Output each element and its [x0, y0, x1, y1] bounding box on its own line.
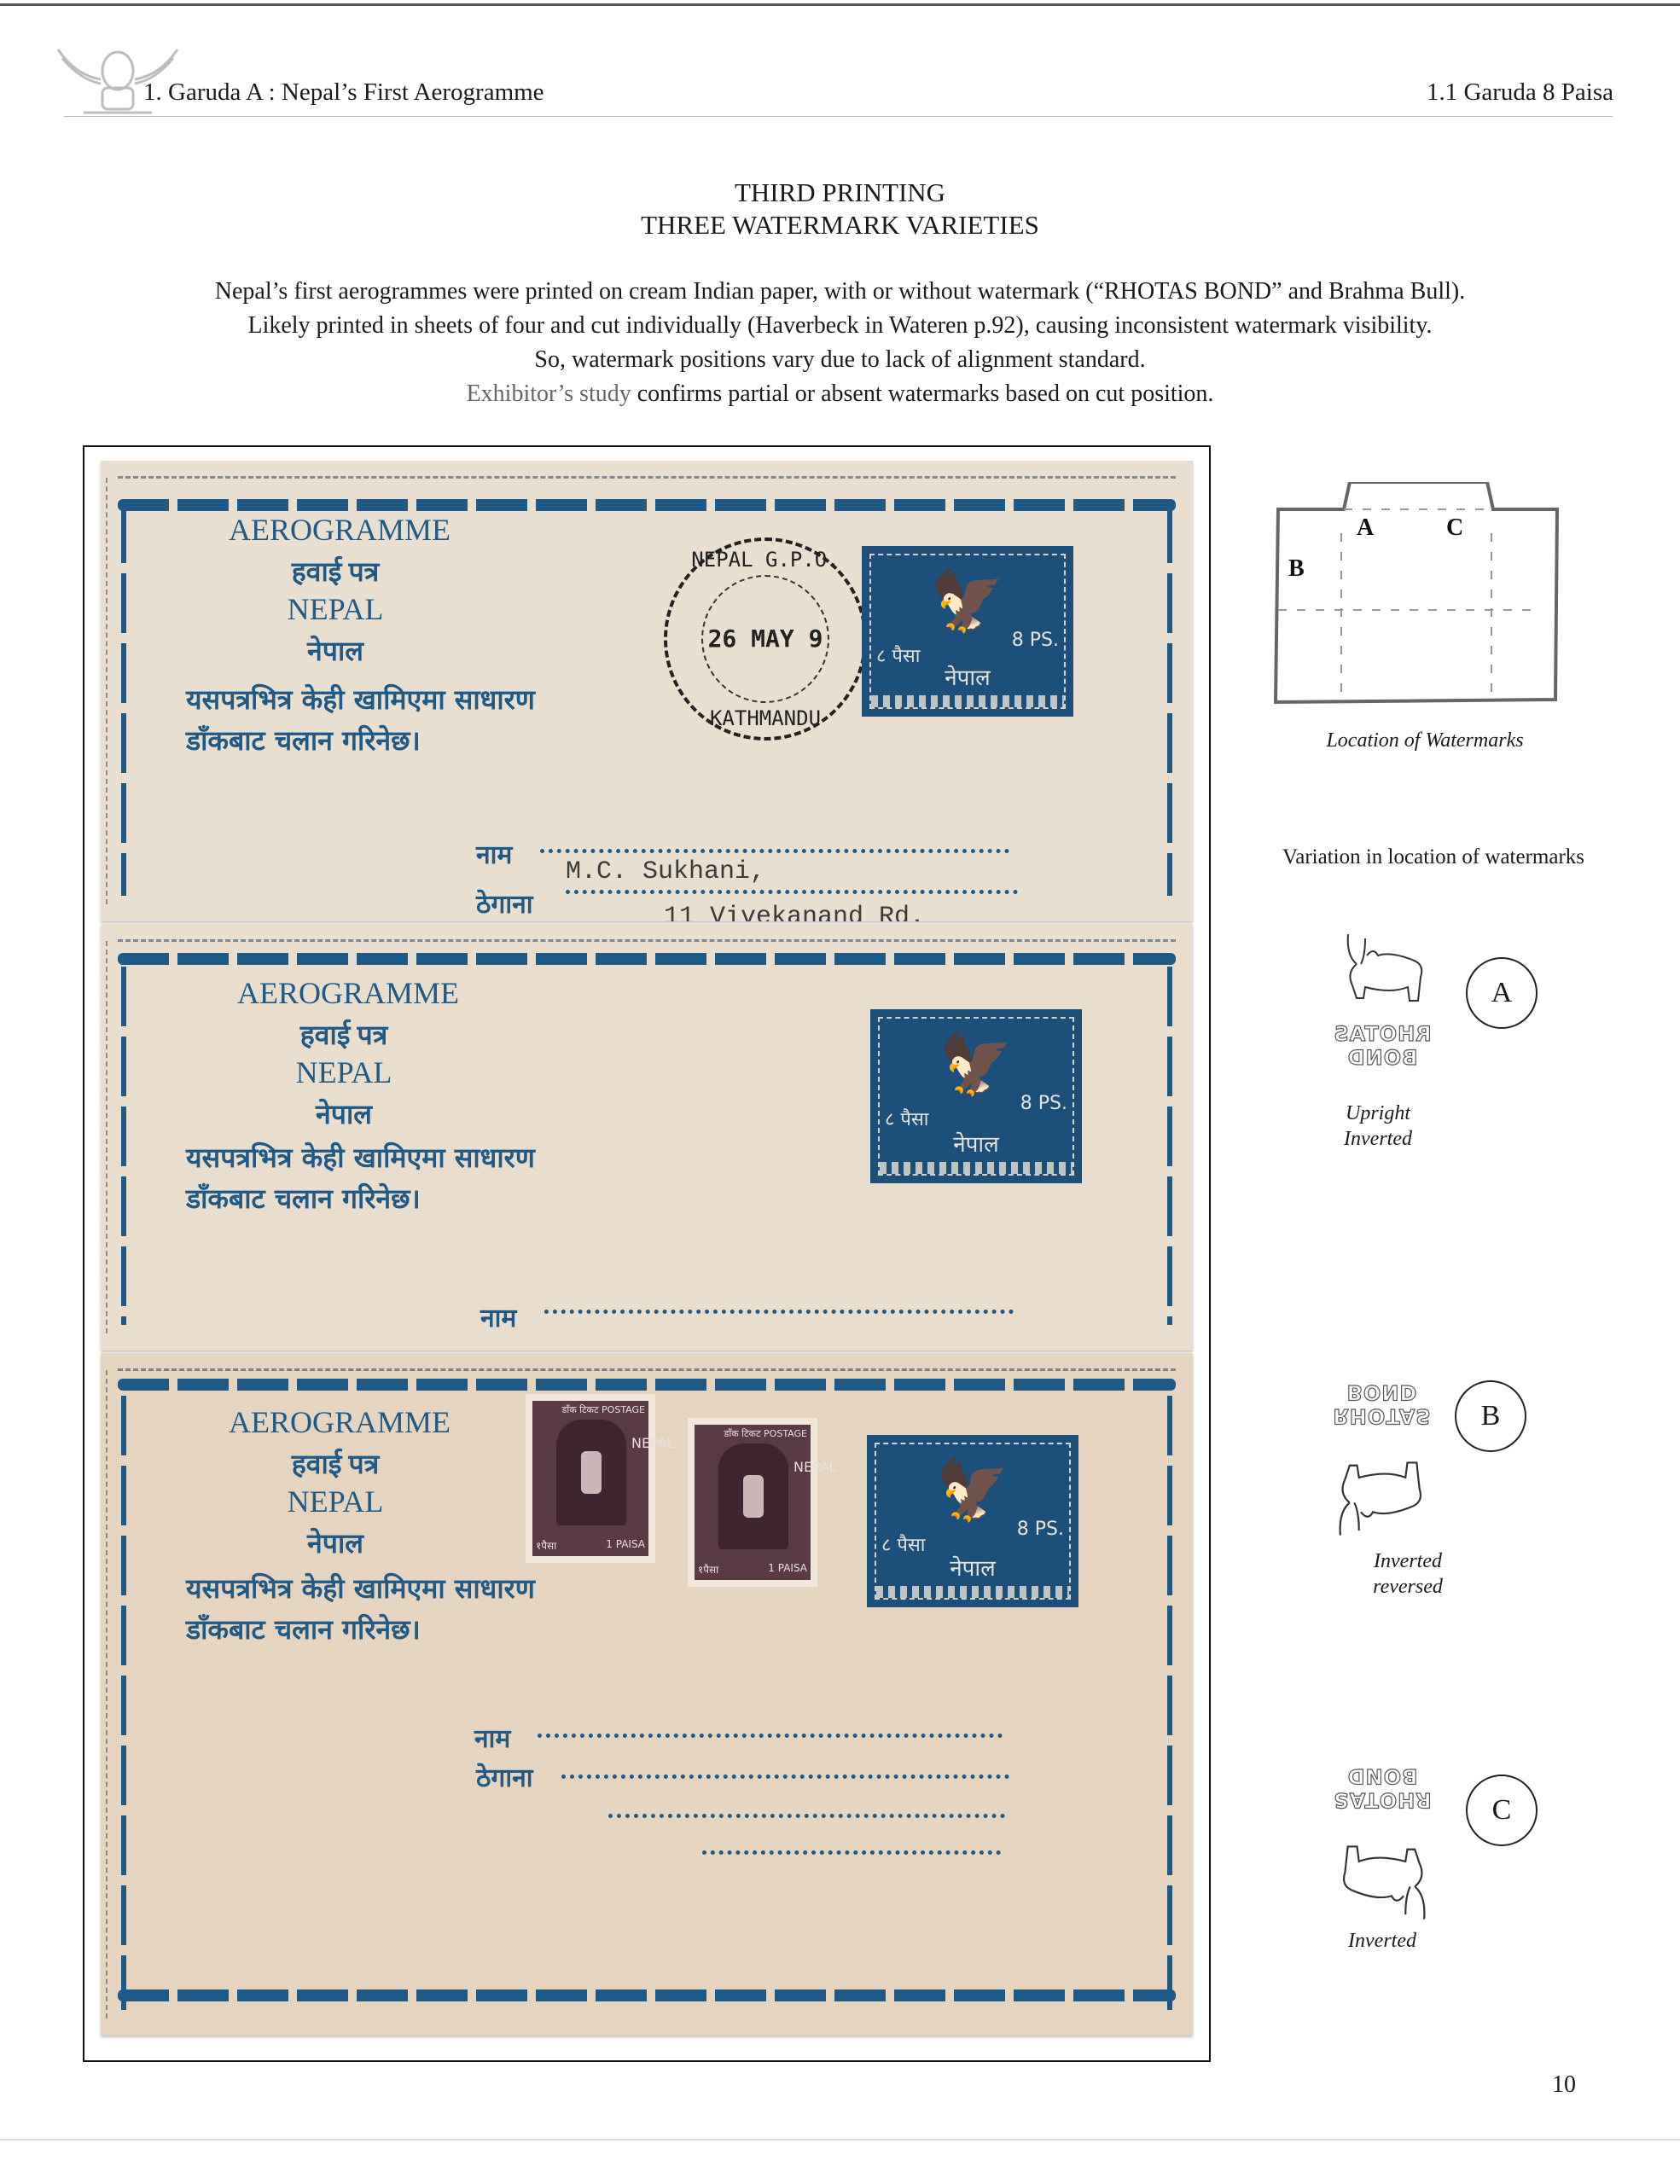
adhesive-postage-label: डाँक टिकट POSTAGE: [536, 1403, 645, 1416]
postmark-city: KATHMANDU: [667, 706, 863, 730]
stamp-country: नेपाल: [873, 1128, 1079, 1159]
aerogramme-heading-block: AEROGRAMME हवाई पत्र NEPAL नेपाल: [237, 975, 451, 1132]
variety-caption-line-1: Upright: [1314, 1101, 1442, 1126]
ornamental-border-left: [121, 967, 126, 1325]
watermark-text-line-1: RHOTAS: [1327, 1022, 1438, 1046]
adhesive-stamp-2: डाँक टिकट POSTAGE NEPAL १पैसा1 PAISA: [688, 1418, 817, 1587]
adhesive-postage-label: डाँक टिकट POSTAGE: [698, 1427, 807, 1440]
ornamental-border-right: [1167, 967, 1172, 1325]
adhesive-value: १पैसा1 PAISA: [536, 1538, 645, 1553]
stamp-country: नेपाल: [869, 1552, 1076, 1583]
deity-figure-icon: [556, 1420, 626, 1525]
aerogramme-heading-en: AEROGRAMME: [237, 975, 451, 1011]
ornamental-border-left: [121, 1396, 126, 2010]
adhesive-value-en: 1 PAISA: [768, 1562, 807, 1577]
country-en: NEPAL: [229, 591, 442, 627]
name-label: नाम: [476, 836, 512, 871]
instruction-line-2: डाँकबाट चलान गरिनेछ।: [186, 722, 421, 758]
variety-caption: Inverted: [1318, 1928, 1446, 1954]
subsection-title: 1.1 Garuda 8 Paisa: [1427, 78, 1613, 107]
name-dotted-line: [544, 1310, 1014, 1314]
mountains-pattern: [876, 1586, 1069, 1598]
variety-caption: Inverted reversed: [1344, 1548, 1472, 1600]
address-dotted-line-1: [561, 1774, 1009, 1779]
garuda-icon: 🦅: [930, 571, 1004, 630]
bottom-rule: [0, 2139, 1680, 2140]
aerogramme-heading-hi: हवाई पत्र: [237, 1016, 451, 1053]
address-dotted-line-2: [608, 1814, 1005, 1818]
variety-c: RHOTAS BOND C Inverted: [1280, 1757, 1587, 1971]
description-line-4-text: confirms partial or absent watermarks ba…: [631, 380, 1214, 407]
variety-marker-b: B: [1455, 1380, 1526, 1452]
diagram-caption: Location of Watermarks: [1246, 729, 1604, 752]
adhesive-value: १पैसा1 PAISA: [698, 1562, 807, 1577]
fold-line-side: [106, 1370, 108, 2018]
address-dotted-line: [566, 890, 1018, 894]
variety-marker-c: C: [1466, 1774, 1538, 1846]
mountains-pattern: [880, 1162, 1073, 1174]
imprinted-stamp: 🦅 ८ पैसा 8 PS. नेपाल: [867, 1435, 1078, 1607]
watermark-text: BOND RHOTAS: [1327, 1380, 1438, 1428]
page-title: THIRD PRINTING: [0, 177, 1680, 208]
diagram-label-b: B: [1288, 555, 1305, 582]
postmark-date: 26 MAY 9: [667, 624, 863, 653]
watermark-location-diagram: A C B: [1271, 482, 1566, 712]
address-dotted-line-3: [702, 1850, 1001, 1855]
aerogramme-heading-block: AEROGRAMME हवाई पत्र NEPAL नेपाल: [229, 512, 442, 669]
header-rule: [64, 116, 1613, 117]
adhesive-country: NEPAL: [631, 1435, 643, 1452]
diagram-label-a: A: [1357, 514, 1375, 541]
bull-watermark-inverted-icon: [1331, 1442, 1433, 1536]
country-hi: नेपाल: [229, 632, 442, 669]
instruction-line-1: यसपत्रभित्र केही खामिएमा साधारण: [186, 1570, 535, 1606]
variety-caption-line-1: Inverted: [1318, 1928, 1446, 1954]
instruction-line-1: यसपत्रभित्र केही खामिएमा साधारण: [186, 681, 535, 717]
variety-a: RHOTAS BOND A Upright Inverted: [1280, 930, 1587, 1177]
ornamental-border-left: [121, 503, 126, 896]
address-label: ठेगाना: [476, 1759, 533, 1794]
stamp-value-en: 8 PS.: [1020, 1094, 1067, 1114]
garuda-icon: 🦅: [939, 1034, 1013, 1094]
watermark-text: RHOTAS BOND: [1327, 1764, 1438, 1812]
typed-recipient-address: 11 Vivekanand Rd.: [664, 903, 925, 921]
stamp-country: नेपाल: [864, 661, 1071, 692]
adhesive-value-hi: १पैसा: [698, 1562, 718, 1577]
ornamental-border-right: [1167, 503, 1172, 896]
aerogramme-heading-hi: हवाई पत्र: [229, 553, 442, 590]
instruction-line-2: डाँकबाट चलान गरिनेछ।: [186, 1611, 421, 1647]
aerogramme-heading-block: AEROGRAMME हवाई पत्र NEPAL नेपाल: [229, 1404, 442, 1561]
name-dotted-line: [538, 1734, 1003, 1738]
garuda-icon: 🦅: [935, 1460, 1009, 1519]
description-line-3: So, watermark positions vary due to lack…: [0, 343, 1680, 377]
aerogramme-3: AEROGRAMME हवाई पत्र NEPAL नेपाल यसपत्रभ…: [101, 1353, 1193, 2036]
fold-line-side: [106, 478, 108, 904]
ornamental-border-top: [118, 953, 1176, 965]
watermark-text-line-2: RHOTAS: [1327, 1788, 1438, 1812]
page-number: 10: [1552, 2071, 1576, 2099]
country-en: NEPAL: [237, 1054, 451, 1090]
adhesive-country: NEPAL: [793, 1459, 805, 1476]
fold-line: [118, 1368, 1176, 1371]
variety-b: BOND RHOTAS B Inverted reversed: [1280, 1374, 1587, 1621]
watermark-text-line-1: BOND: [1327, 1764, 1438, 1788]
fold-line-side: [106, 941, 108, 1333]
adhesive-value-en: 1 PAISA: [606, 1538, 645, 1553]
aerogramme-heading-en: AEROGRAMME: [229, 512, 442, 548]
watermark-text: RHOTAS BOND: [1327, 1022, 1438, 1070]
aerogramme-heading-hi: हवाई पत्र: [229, 1445, 442, 1482]
country-hi: नेपाल: [229, 1525, 442, 1561]
variety-marker-a: A: [1466, 957, 1538, 1029]
fold-line: [118, 939, 1176, 942]
adhesive-stamp-design: डाँक टिकट POSTAGE NEPAL १पैसा1 PAISA: [532, 1401, 648, 1556]
ornamental-border-right: [1167, 1396, 1172, 2010]
variety-caption-line-2: Inverted: [1314, 1126, 1442, 1152]
ornamental-border-top: [118, 499, 1176, 511]
mountains-pattern: [871, 695, 1064, 707]
aerogramme-heading-en: AEROGRAMME: [229, 1404, 442, 1440]
typed-recipient-name: M.C. Sukhani,: [566, 857, 765, 886]
variety-caption-line-2: reversed: [1344, 1574, 1472, 1600]
variety-caption-line-1: Inverted: [1344, 1548, 1472, 1574]
section-title: 1. Garuda A : Nepal’s First Aerogramme: [143, 78, 544, 107]
deity-figure-icon: [718, 1443, 788, 1549]
imprinted-stamp: 🦅 ८ पैसा 8 PS. नेपाल: [862, 546, 1073, 717]
name-dotted-line: [540, 849, 1009, 853]
name-label: नाम: [474, 1720, 510, 1755]
adhesive-stamp-design: डाँक टिकट POSTAGE NEPAL १पैसा1 PAISA: [695, 1425, 811, 1580]
postmark: NEPAL G.P.O. 26 MAY 9 KATHMANDU: [664, 537, 867, 741]
stamp-value-en: 8 PS.: [1012, 630, 1059, 651]
bull-watermark-inverted-icon: [1331, 1826, 1433, 1920]
aerogramme-1: AEROGRAMME हवाई पत्र NEPAL नेपाल यसपत्रभ…: [101, 461, 1193, 921]
name-label: नाम: [480, 1299, 516, 1334]
ornamental-border-top: [118, 1379, 1176, 1391]
imprinted-stamp: 🦅 ८ पैसा 8 PS. नेपाल: [870, 1009, 1082, 1183]
watermark-text-line-2: BOND: [1327, 1046, 1438, 1070]
page-subtitle: THREE WATERMARK VARIETIES: [0, 210, 1680, 241]
fold-line: [118, 476, 1176, 479]
ornamental-border-bottom: [118, 1989, 1176, 2001]
adhesive-value-hi: १पैसा: [536, 1538, 556, 1553]
aerogramme-2: AEROGRAMME हवाई पत्र NEPAL नेपाल यसपत्रभ…: [101, 924, 1193, 1350]
stamp-value-en: 8 PS.: [1017, 1519, 1064, 1540]
country-hi: नेपाल: [237, 1095, 451, 1132]
adhesive-stamp-1: डाँक टिकट POSTAGE NEPAL १पैसा1 PAISA: [526, 1394, 655, 1563]
variation-heading: Variation in location of watermarks: [1271, 845, 1596, 870]
variety-caption: Upright Inverted: [1314, 1101, 1442, 1152]
exhibitor-study-link: Exhibitor’s study: [467, 380, 631, 407]
diagram-label-c: C: [1446, 514, 1463, 541]
description-line-1: Nepal’s first aerogrammes were printed o…: [0, 275, 1680, 309]
description-line-2: Likely printed in sheets of four and cut…: [0, 309, 1680, 343]
description-line-4: Exhibitor’s study confirms partial or ab…: [0, 377, 1680, 411]
address-label: ठेगाना: [476, 886, 533, 921]
country-en: NEPAL: [229, 1484, 442, 1519]
bull-watermark-icon: [1335, 934, 1438, 1019]
instruction-line-1: यसपत्रभित्र केही खामिएमा साधारण: [186, 1139, 535, 1176]
watermark-text-line-1: BOND: [1327, 1380, 1438, 1404]
watermark-text-line-2: RHOTAS: [1327, 1404, 1438, 1428]
postmark-office: NEPAL G.P.O.: [667, 548, 863, 572]
top-rule: [0, 3, 1680, 6]
instruction-line-2: डाँकबाट चलान गरिनेछ।: [186, 1180, 421, 1217]
